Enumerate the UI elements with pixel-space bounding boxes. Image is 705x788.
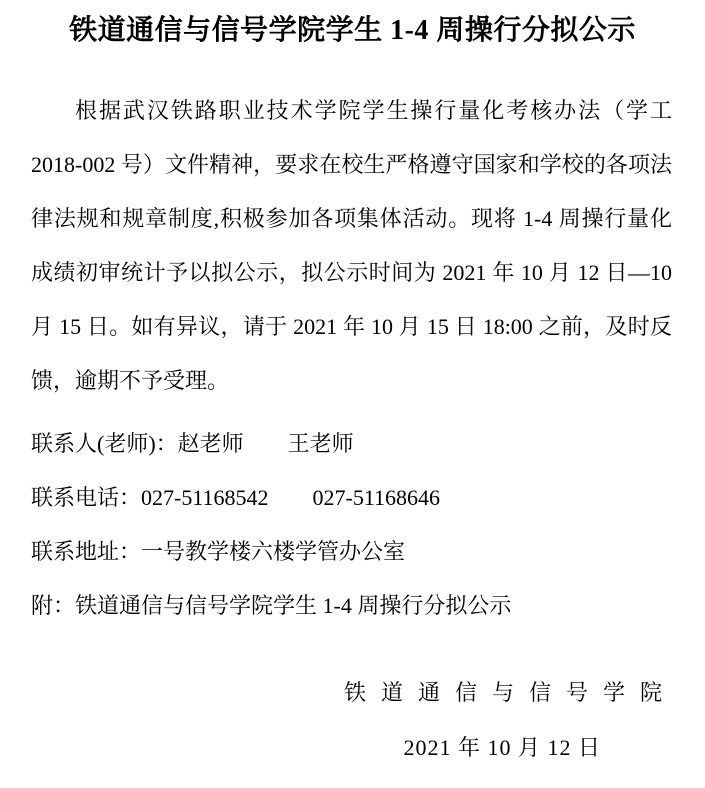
body-line: 2018-002 号）文件精神，要求在校生严格遵守国家和学校的各项法	[31, 138, 672, 192]
notice-title: 铁道通信与信号学院学生 1-4 周操行分拟公示	[0, 0, 705, 50]
contact-address-line: 联系地址：一号教学楼六楼学管办公室	[31, 525, 672, 579]
contact-person-line: 联系人(老师)：赵老师 王老师	[31, 417, 672, 471]
date-line: 2021 年 10 月 12 日	[0, 721, 705, 775]
contact-phone-line: 联系电话：027-51168542 027-51168646	[31, 471, 672, 525]
notice-body: 根据武汉铁路职业技术学院学生操行量化考核办法（学工 2018-002 号）文件精…	[31, 84, 672, 408]
attachment-line: 附：铁道通信与信号学院学生 1-4 周操行分拟公示	[31, 579, 672, 633]
body-line: 月 15 日。如有异议，请于 2021 年 10 月 15 日 18:00 之前…	[31, 300, 672, 354]
notice-document: 铁道通信与信号学院学生 1-4 周操行分拟公示 根据武汉铁路职业技术学院学生操行…	[0, 0, 705, 788]
body-line: 馈，逾期不予受理。	[31, 354, 672, 408]
body-line: 律法规和规章制度,积极参加各项集体活动。现将 1-4 周操行量化	[31, 192, 672, 246]
contact-section: 联系人(老师)：赵老师 王老师 联系电话：027-51168542 027-51…	[31, 417, 672, 633]
body-line: 成绩初审统计予以拟公示，拟公示时间为 2021 年 10 月 12 日—10	[31, 246, 672, 300]
signature-line: 铁道通信与信号学院	[0, 665, 705, 721]
signature-section: 铁道通信与信号学院 2021 年 10 月 12 日	[0, 665, 705, 775]
body-line: 根据武汉铁路职业技术学院学生操行量化考核办法（学工	[31, 84, 672, 138]
